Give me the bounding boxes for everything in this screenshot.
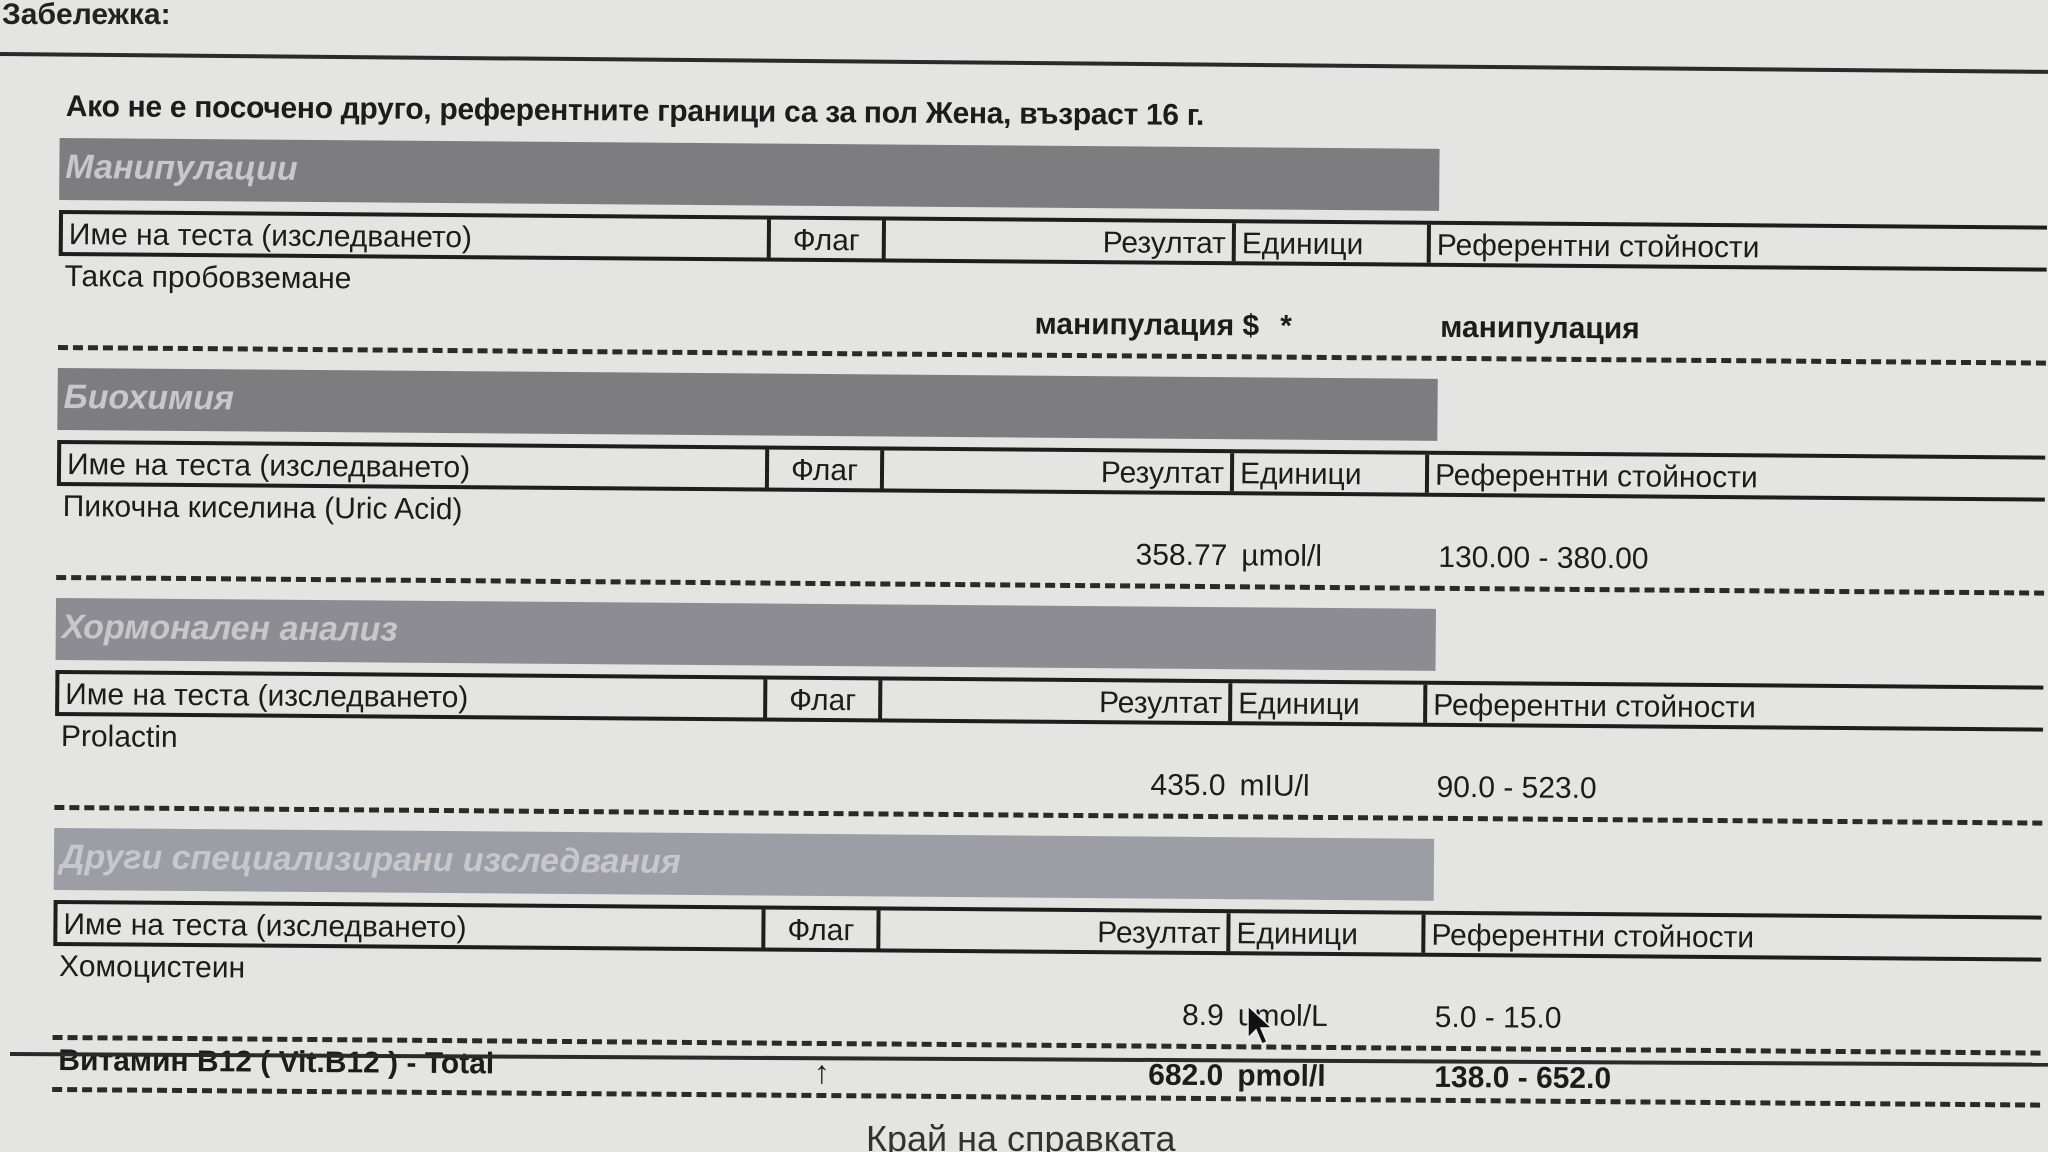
- test-reference: 138.0 - 652.0: [1434, 1061, 1611, 1096]
- test-name: Хомоцистеин: [59, 950, 245, 985]
- column-header-flag: Флаг: [769, 450, 884, 489]
- column-header-reference: Референтни стойности: [1425, 915, 2041, 958]
- test-result: 358.77: [883, 536, 1233, 573]
- test-name: Витамин B12 ( Vit.B12 ) - Total: [58, 1044, 494, 1081]
- test-name: Такса пробовземане: [64, 260, 351, 296]
- section-title: Други специализирани изследвания: [54, 828, 1434, 901]
- row-divider: [56, 575, 2044, 596]
- top-divider: [0, 52, 2048, 74]
- row-divider: [54, 805, 2042, 826]
- table-row: Хомоцистеин 8.9 umol/L 5.0 - 15.0: [53, 946, 2042, 1060]
- test-name: Пикочна киселина (Uric Acid): [63, 490, 463, 527]
- section-manipulations: Манипулации Име на теста (изследването) …: [58, 138, 2048, 370]
- column-header-result: Резултат: [886, 220, 1236, 261]
- column-header-units: Единици: [1232, 683, 1427, 723]
- test-reference: манипулация: [1440, 311, 1640, 347]
- column-header-name: Име на теста (изследването): [57, 444, 769, 488]
- section-title: Биохимия: [57, 368, 1437, 441]
- section-biochemistry: Биохимия Име на теста (изследването) Фла…: [56, 368, 2046, 600]
- test-units: *: [1280, 310, 1292, 344]
- test-result: 8.9: [880, 996, 1230, 1033]
- column-header-units: Единици: [1230, 913, 1425, 953]
- column-header-units: Единици: [1234, 453, 1429, 493]
- column-header-flag: Флаг: [765, 910, 880, 949]
- test-name: Prolactin: [61, 720, 178, 755]
- column-header-result: Резултат: [880, 910, 1230, 951]
- column-header-reference: Референтни стойности: [1431, 225, 2047, 268]
- test-reference: 130.00 - 380.00: [1438, 541, 1648, 577]
- row-divider: [58, 345, 2046, 366]
- section-title: Хормонален анализ: [56, 598, 1436, 671]
- table-row: Prolactin 435.0 mIU/l 90.0 - 523.0: [54, 716, 2043, 830]
- column-header-reference: Референтни стойности: [1429, 455, 2045, 498]
- test-flag: [767, 748, 882, 749]
- test-reference: 5.0 - 15.0: [1435, 1001, 1562, 1036]
- test-units: pmol/l: [1237, 1059, 1326, 1094]
- reference-note: Ако не е посочено друго, референтните гр…: [66, 90, 2048, 140]
- section-other-specialized-tests: Други специализирани изследвания Име на …: [52, 828, 2042, 1112]
- table-row: Такса пробовземане манипулация $ * манип…: [58, 256, 2047, 370]
- column-header-flag: Флаг: [767, 680, 882, 719]
- test-reference: 90.0 - 523.0: [1436, 771, 1596, 806]
- column-header-flag: Флаг: [771, 220, 886, 259]
- column-header-result: Резултат: [882, 680, 1232, 721]
- column-header-units: Единици: [1236, 223, 1431, 263]
- mouse-pointer-icon: [1246, 1004, 1276, 1048]
- column-header-reference: Референтни стойности: [1427, 685, 2043, 728]
- column-header-name: Име на теста (изследването): [53, 904, 765, 948]
- column-header-name: Име на теста (изследването): [55, 674, 767, 718]
- note-label: Забележка:: [2, 0, 171, 32]
- section-title: Манипулации: [59, 138, 1439, 211]
- test-flag: [769, 518, 884, 519]
- test-result: 435.0: [881, 766, 1231, 803]
- lab-report: Ако не е посочено друго, референтните гр…: [52, 90, 2048, 1126]
- table-row: Пикочна киселина (Uric Acid) 358.77 µmol…: [56, 486, 2045, 600]
- column-header-name: Име на теста (изследването): [59, 214, 771, 258]
- column-header-result: Резултат: [884, 450, 1234, 491]
- test-units: µmol/l: [1241, 539, 1322, 574]
- section-hormonal-analysis: Хормонален анализ Име на теста (изследва…: [54, 598, 2044, 830]
- end-of-report: Край на справката: [866, 1118, 1176, 1152]
- test-units: mIU/l: [1239, 769, 1309, 804]
- test-flag: [765, 978, 880, 979]
- test-result: манипулация $: [885, 306, 1265, 343]
- test-flag: [770, 288, 885, 289]
